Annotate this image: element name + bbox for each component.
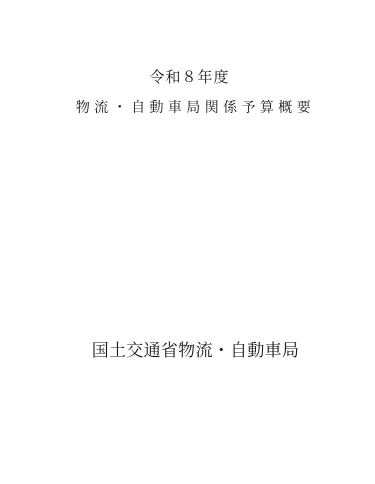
document-page: 令和８年度 物流・自動車局関係予算概要 国土交通省物流・自動車局 <box>0 0 375 484</box>
fiscal-year-heading: 令和８年度 <box>0 70 375 85</box>
document-title: 物流・自動車局関係予算概要 <box>0 101 375 115</box>
issuing-organization: 国土交通省物流・自動車局 <box>0 343 375 360</box>
